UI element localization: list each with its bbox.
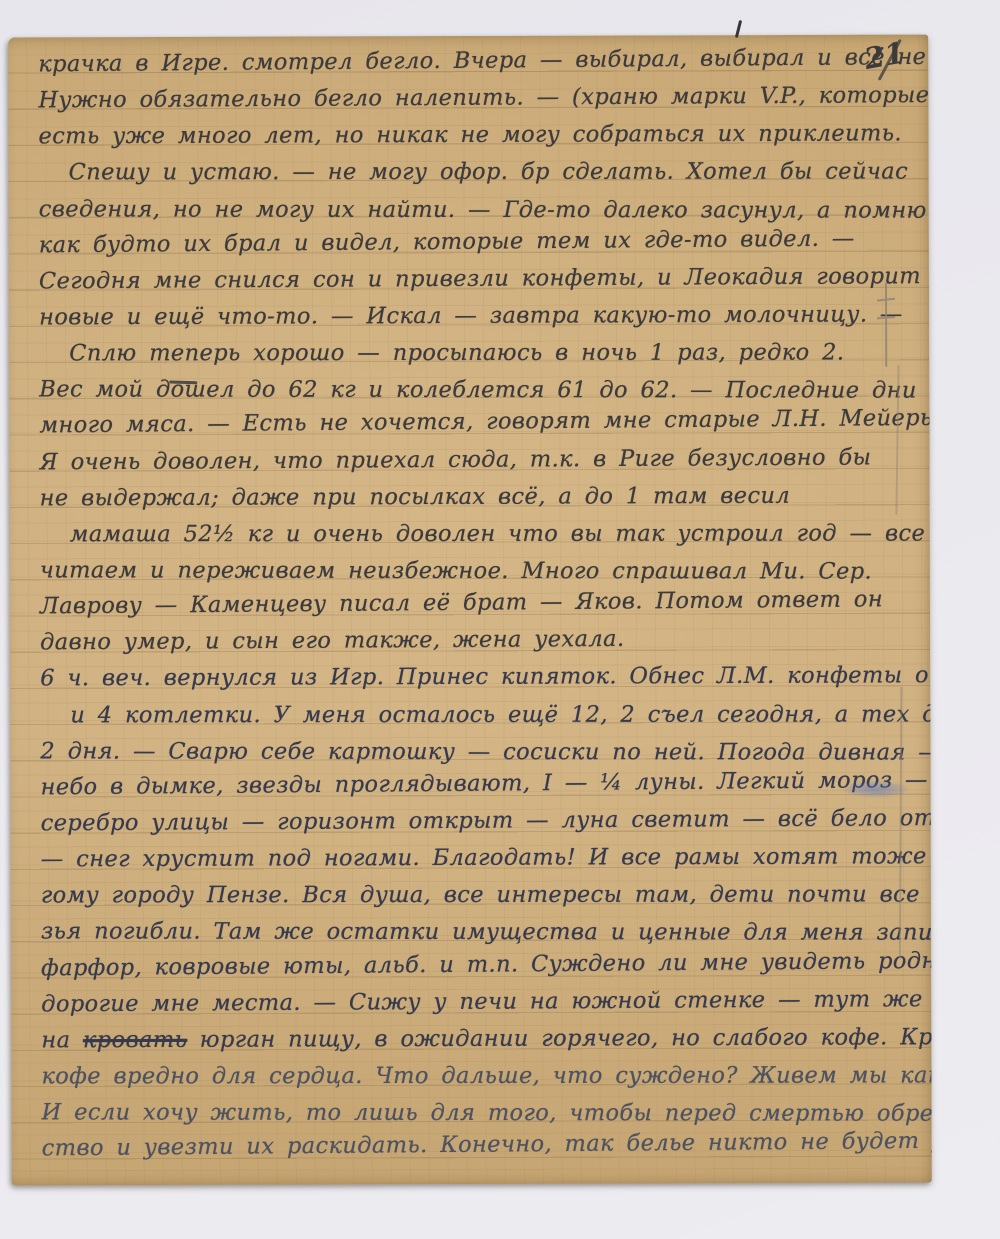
manuscript-line: ство и увезти их раскидать. Конечно, так… [42,1123,926,1167]
manuscript-line: и 4 котлетки. У меня осталось ещё 12, 2 … [40,696,924,733]
manuscript-line: Лаврову — Каменцеву писал её брат — Яков… [40,581,924,625]
manuscript-line: — снег хрустит под ногами. Благодать! И … [41,838,925,877]
manuscript-line: фарфор, ковровые юты, альб. и т.п. Сужде… [41,942,925,986]
manuscript-line: Нужно обязательно бегло налепить. — (хра… [38,77,922,118]
manuscript-line: серебро улицы — горизонт открыт — луна с… [41,800,925,841]
manuscript-lines: крачка в Игре. смотрел бегло. Вчера — вы… [38,44,926,1167]
manuscript-line: не выдержал; даже при посылках всё, а до… [40,477,924,516]
manuscript-line: Я очень доволен, что приехал сюда, т.к. … [39,439,923,480]
manuscript-line: много мяса. — Есть не хочется, говорят м… [39,400,923,444]
manuscript-line: Спешу и устаю. — не могу офор. бр сделат… [39,154,923,191]
manuscript-line: Сегодня мне снился сон и привезли конфет… [39,258,923,299]
manuscript-line: крачка в Игре. смотрел бегло. Вчера — вы… [38,39,922,83]
manuscript-line: давно умер, и сын его также, жена уехала… [40,619,924,660]
manuscript-line: на кровать юрган пищу, в ожидании горяче… [41,1019,925,1058]
manuscript-line: Сплю теперь хорошо — просыпаюсь в ночь 1… [39,335,923,372]
manuscript-line: как будто их брал и видел, которые тем и… [39,220,923,264]
manuscript-line: кофе вредно для сердца. Что дальше, что … [41,1057,925,1094]
manuscript-line: есть уже много лет, но никак не могу соб… [38,116,922,155]
manuscript-paper: 21 крачка в Игре. смотрел бегло. Вчера —… [8,35,932,1186]
manuscript-line: мамаша 52½ кг и очень доволен что вы так… [40,515,924,552]
manuscript-line: 6 ч. веч. вернулся из Игр. Принес кипято… [40,658,924,697]
pencil-cross-mark [885,283,887,367]
manuscript-line: гому городу Пензе. Вся душа, все интерес… [41,877,925,914]
manuscript-line: небо в дымке, звезды проглядывают, I — ¼… [40,762,924,806]
manuscript-line: дорогие мне места. — Сижу у печи на южно… [41,981,925,1022]
manuscript-line: новые и ещё что-то. — Искал — завтра как… [39,296,923,335]
